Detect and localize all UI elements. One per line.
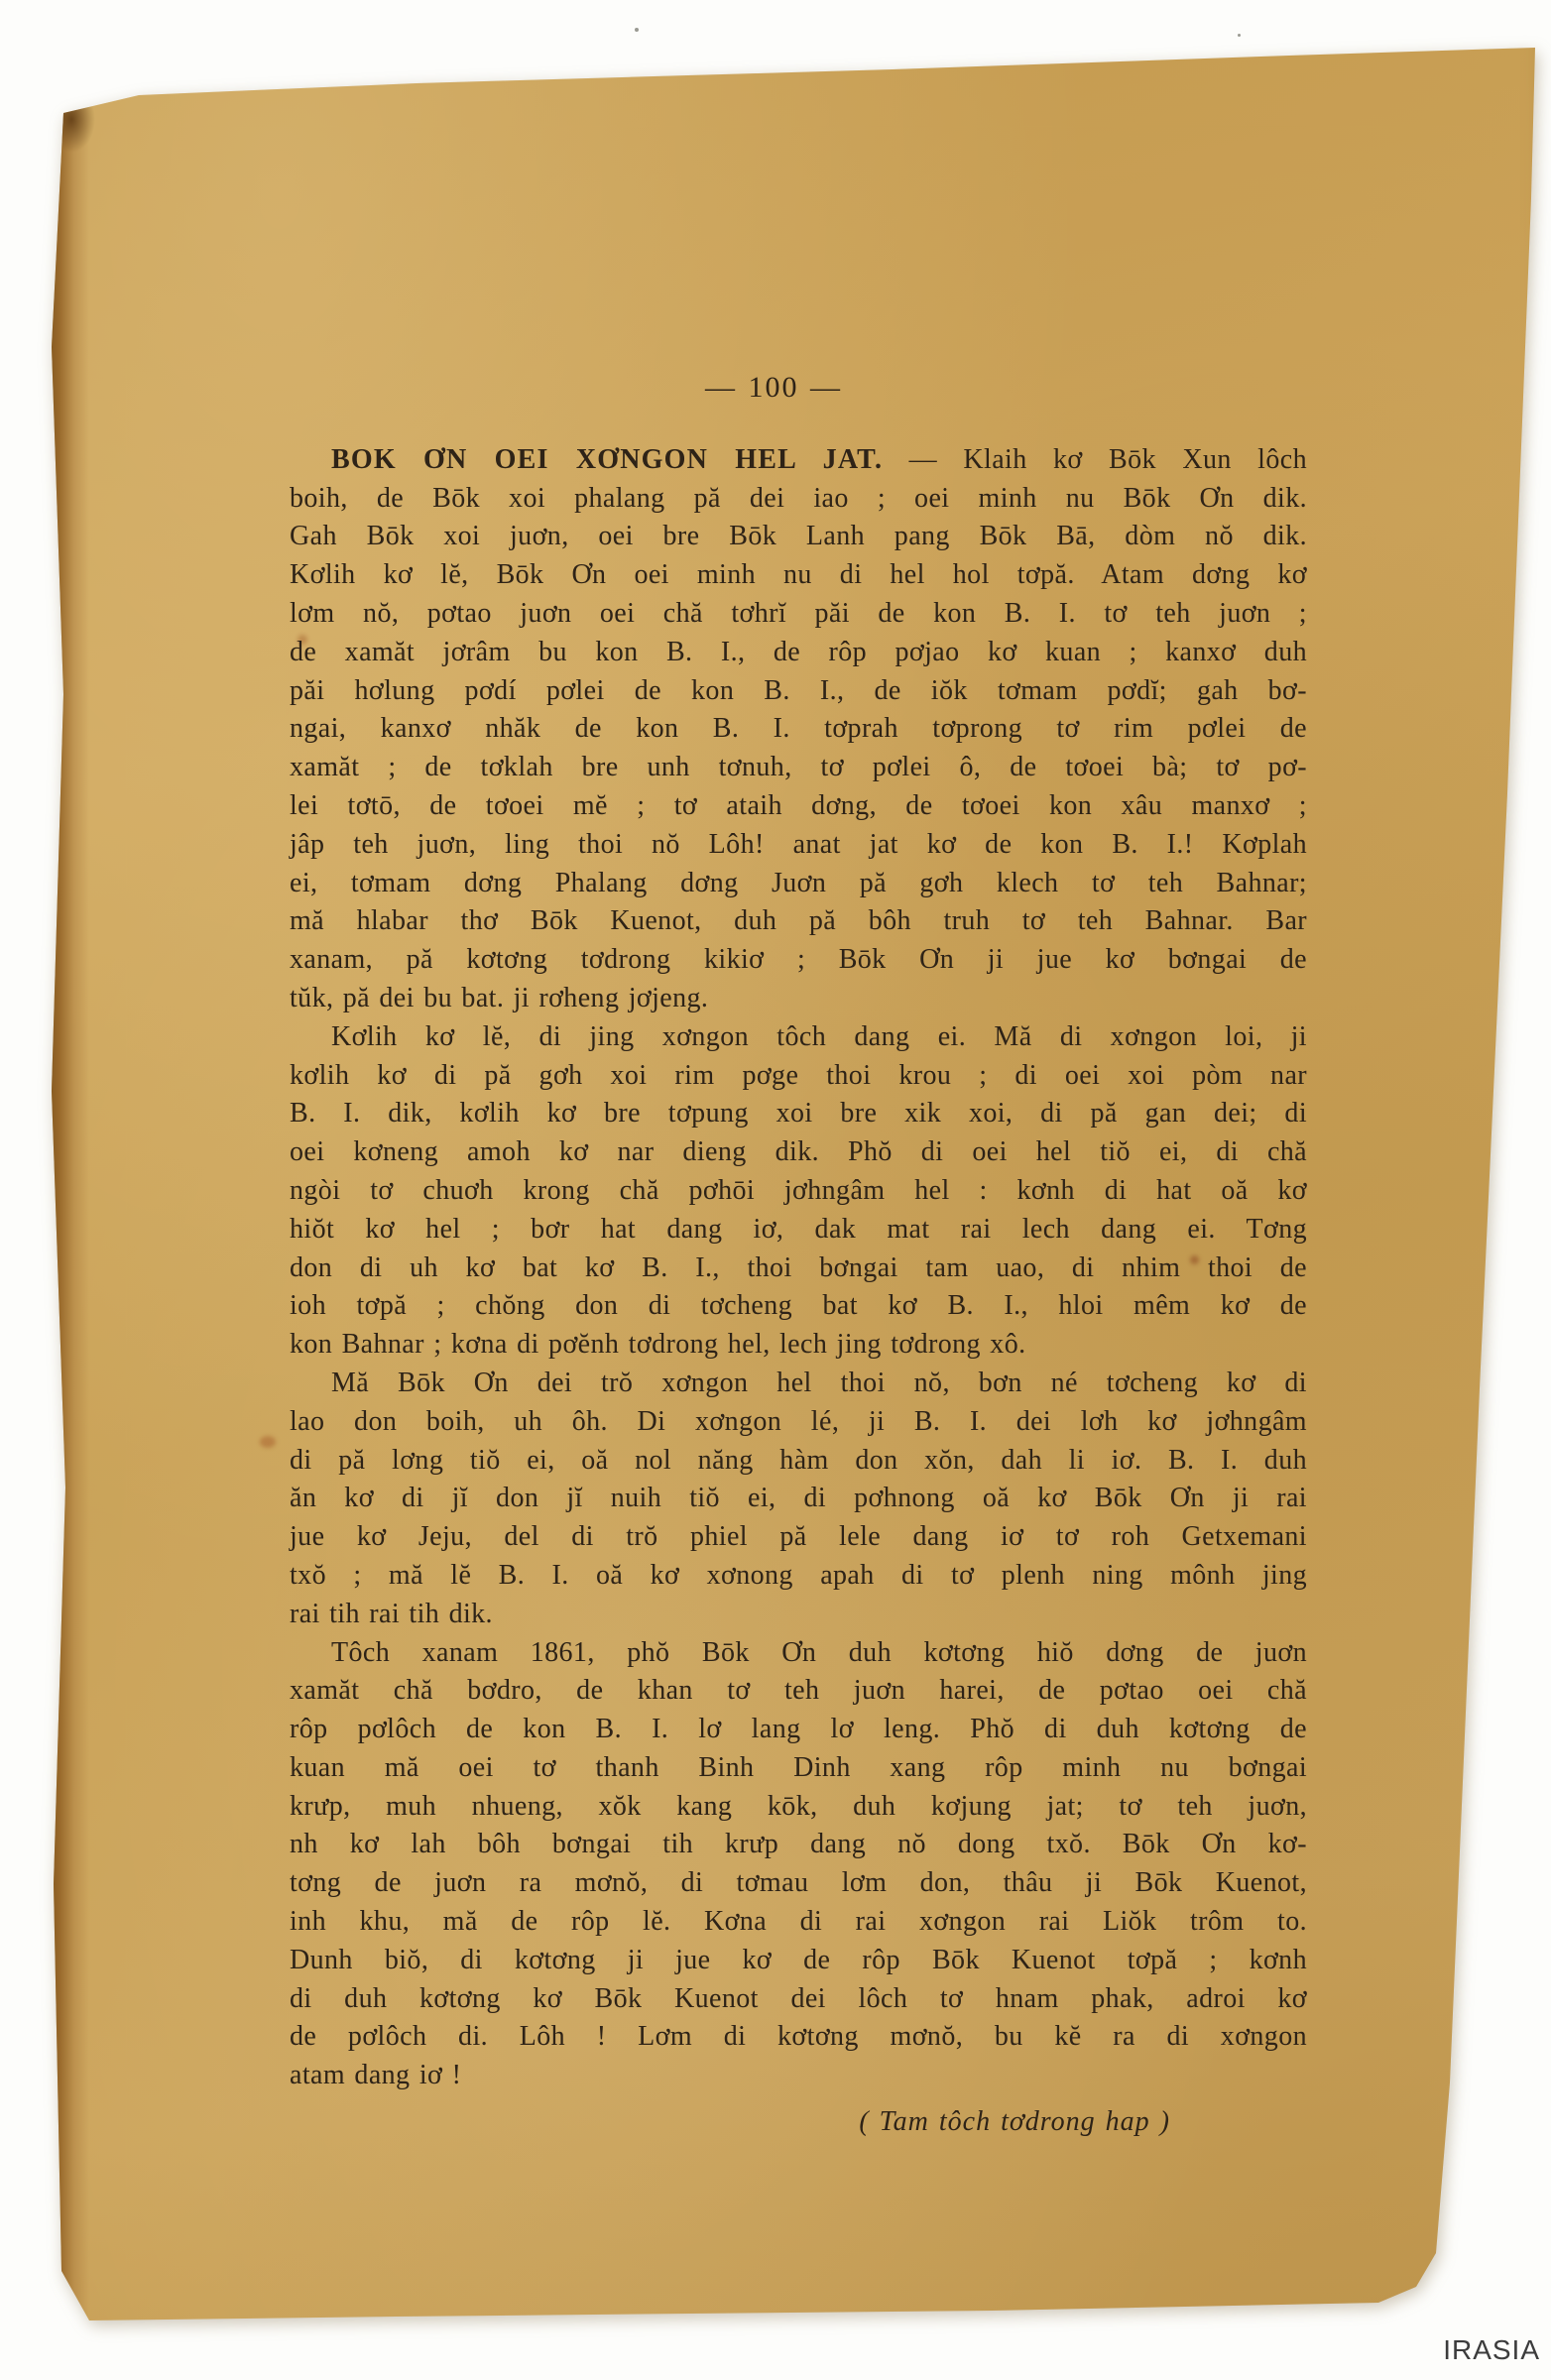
text-line: ei, tơmam dơng Phalang dơng Juơn pă gơh …	[290, 865, 1307, 903]
text-line: de xamăt jơrâm bu kon B. I., de rôp pơja…	[290, 634, 1307, 672]
text-line: rôp pơlôch de kon B. I. lơ lang lơ leng.…	[290, 1711, 1307, 1749]
text-line: kon Bahnar ; kơna di pơĕnh tơdrong hel, …	[290, 1326, 1307, 1365]
text-line: de pơlôch di. Lôh ! Lơm di kơtơng mơnŏ, …	[290, 2018, 1307, 2057]
text-line: B. I. dik, kơlih kơ bre tơpung xoi bre x…	[290, 1095, 1307, 1133]
text-line: ioh tơpă ; chŏng don di tơcheng bat kơ B…	[290, 1287, 1307, 1326]
text-line: lao don boih, uh ôh. Di xơngon lé, ji B.…	[290, 1403, 1307, 1442]
irasia-watermark: IRASIA	[1443, 2334, 1540, 2366]
text-line: ăn kơ di jĭ don jĭ nuih tiŏ ei, di pơhno…	[290, 1480, 1307, 1518]
text-line: xamăt chă bơdro, de khan tơ teh juơn har…	[290, 1672, 1307, 1711]
text-line: nh kơ lah bôh bơngai tih krưp dang nŏ do…	[290, 1826, 1307, 1864]
text-line: atam dang iơ !	[290, 2057, 1307, 2095]
text-line: BOK ƠN OEI XƠNGON HEL JAT. — Klaih kơ Bō…	[290, 441, 1307, 480]
page-binding-edge	[46, 89, 89, 2322]
text-line: don di uh kơ bat kơ B. I., thoi bơngai t…	[290, 1249, 1307, 1288]
text-line: ngai, kanxơ nhăk de kon B. I. tơprah tơp…	[290, 710, 1307, 749]
text-line: Gah Bōk xoi juơn, oei bre Bōk Lanh pang …	[290, 518, 1307, 556]
text-line: mă hlabar thơ Bōk Kuenot, duh pă bôh tru…	[290, 902, 1307, 941]
text-line: Dunh biŏ, di kơtơng ji jue kơ de rôp Bōk…	[290, 1942, 1307, 1980]
text-line: tơng de juơn ra mơnŏ, di tơmau lơm don, …	[290, 1864, 1307, 1903]
text-line: oei kơneng amoh kơ nar dieng dik. Phŏ di…	[290, 1133, 1307, 1172]
scanned-page: — 100 — BOK ƠN OEI XƠNGON HEL JAT. — Kla…	[0, 0, 1551, 2380]
text-line: Tôch xanam 1861, phŏ Bōk Ơn duh kơtơng h…	[290, 1634, 1307, 1673]
text-line: păi hơlung pơdí pơlei de kon B. I., de i…	[290, 672, 1307, 711]
text-line: krưp, muh nhueng, xŏk kang kōk, duh kơju…	[290, 1788, 1307, 1827]
text-line: Mă Bōk Ơn dei trŏ xơngon hel thoi nŏ, bơ…	[290, 1365, 1307, 1403]
text-line: rai tih rai tih dik.	[290, 1596, 1307, 1634]
text-line: lơm nŏ, pơtao juơn oei chă tơhrĭ păi de …	[290, 595, 1307, 634]
closing-line: ( Tam tôch tơdrong hap )	[290, 2103, 1307, 2142]
text-line: hiŏt kơ hel ; bơr hat dang iơ, dak mat r…	[290, 1211, 1307, 1249]
text-line: txŏ ; mă lĕ B. I. oă kơ xơnong apah di t…	[290, 1557, 1307, 1596]
text-line: lei tơtō, de tơoei mĕ ; tơ ataih dơng, d…	[290, 787, 1307, 826]
text-line: ngòi tơ chuơh krong chă pơhōi jơhngâm he…	[290, 1172, 1307, 1211]
text-line: xamăt ; de tơklah bre unh tơnuh, tơ pơle…	[290, 749, 1307, 787]
text-line: boih, de Bōk xoi phalang pă dei iao ; oe…	[290, 480, 1307, 519]
scanned-page-wrapper: — 100 — BOK ƠN OEI XƠNGON HEL JAT. — Kla…	[0, 0, 1551, 2380]
text-line: tŭk, pă dei bu bat. ji rơheng jơjeng.	[290, 980, 1307, 1018]
heading-line-rest: — Klaih kơ Bōk Xun lôch	[883, 444, 1307, 475]
section-heading: BOK ƠN OEI XƠNGON HEL JAT.	[331, 444, 883, 475]
text-line: Kơlih kơ lĕ, di jing xơngon tôch dang ei…	[290, 1018, 1307, 1057]
torn-corner-mark	[61, 97, 95, 153]
text-line: di pă lơng tiŏ ei, oă nol năng hàm don x…	[290, 1442, 1307, 1481]
text-line: inh khu, mă de rôp lĕ. Kơna di rai xơngo…	[290, 1903, 1307, 1942]
text-line: di duh kơtơng kơ Bōk Kuenot dei lôch tơ …	[290, 1980, 1307, 2019]
text-line: jâp teh juơn, ling thoi nŏ Lôh! anat jat…	[290, 826, 1307, 865]
text-line: kơlih kơ di pă gơh xoi rim pơge thoi kro…	[290, 1057, 1307, 1096]
text-line: kuan mă oei tơ thanh Binh Dinh xang rôp …	[290, 1749, 1307, 1788]
text-line: Kơlih kơ lĕ, Bōk Ơn oei minh nu di hel h…	[290, 556, 1307, 595]
text-line: xanam, pă kơtơng tơdrong kikiơ ; Bōk Ơn …	[290, 941, 1307, 980]
foxing-spot	[260, 1436, 276, 1448]
text-block: — 100 — BOK ƠN OEI XƠNGON HEL JAT. — Kla…	[290, 369, 1307, 2142]
page-number: — 100 —	[290, 369, 1307, 408]
text-line: jue kơ Jeju, del di trŏ phiel pă lele da…	[290, 1518, 1307, 1557]
